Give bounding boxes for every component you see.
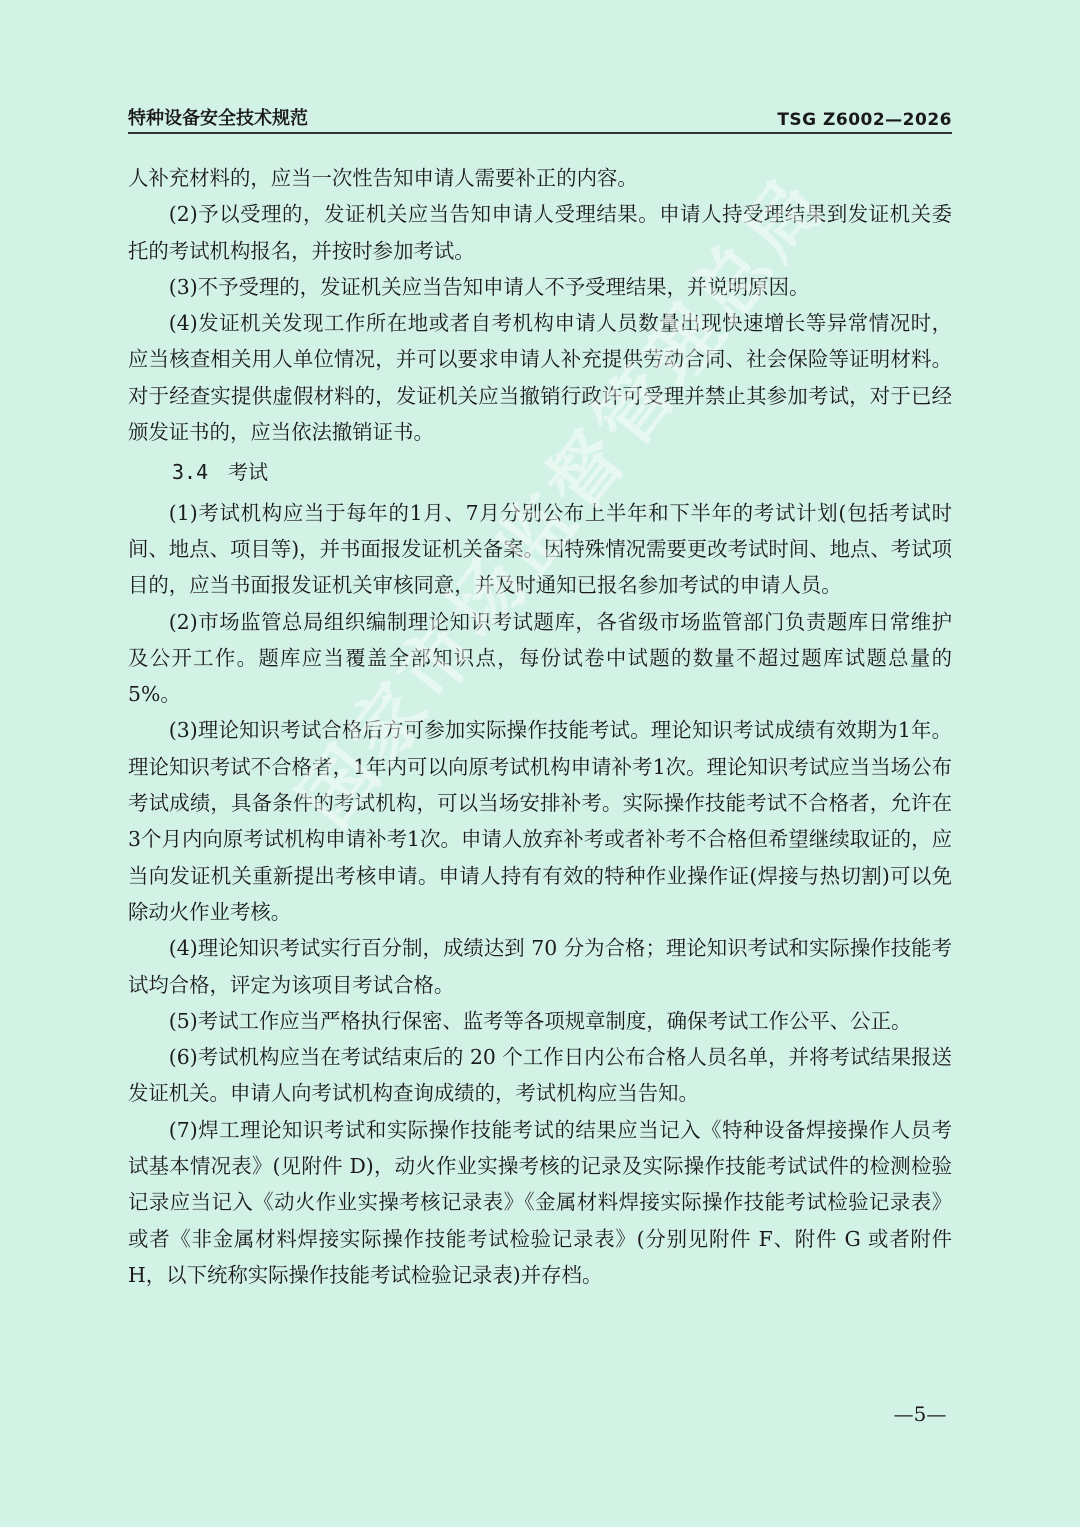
paragraph-acceptance-item-2: (2)予以受理的，发证机关应当告知申请人受理结果。申请人持受理结果到发证机关委托… [128, 196, 952, 269]
paragraph-acceptance-item-3: (3)不予受理的，发证机关应当告知申请人不予受理结果，并说明原因。 [128, 269, 952, 305]
paragraph-exam-item-7: (7)焊工理论知识考试和实际操作技能考试的结果应当记入《特种设备焊接操作人员考试… [128, 1112, 952, 1293]
paragraph-continuation: 人补充材料的，应当一次性告知申请人需要补正的内容。 [128, 160, 952, 196]
paragraph-exam-item-4: (4)理论知识考试实行百分制，成绩达到 70 分为合格；理论知识考试和实际操作技… [128, 930, 952, 1003]
section-title: 考试 [228, 460, 268, 484]
paragraph-exam-item-6: (6)考试机构应当在考试结束后的 20 个工作日内公布合格人员名单，并将考试结果… [128, 1039, 952, 1112]
section-heading-3-4: 3.4考试 [128, 454, 952, 490]
header-standard-code: TSG Z6002—2026 [777, 110, 952, 130]
paragraph-acceptance-item-4: (4)发证机关发现工作所在地或者自考机构申请人员数量出现快速增长等异常情况时，应… [128, 305, 952, 450]
running-header: 特种设备安全技术规范 TSG Z6002—2026 [128, 100, 952, 134]
paragraph-exam-item-1: (1)考试机构应当于每年的1月、7月分别公布上半年和下半年的考试计划(包括考试时… [128, 495, 952, 604]
section-number: 3.4 [172, 460, 208, 484]
page-number: —5— [880, 1402, 960, 1426]
page-body: 人补充材料的，应当一次性告知申请人需要补正的内容。 (2)予以受理的，发证机关应… [128, 160, 952, 1293]
paragraph-exam-item-5: (5)考试工作应当严格执行保密、监考等各项规章制度，确保考试工作公平、公正。 [128, 1003, 952, 1039]
paragraph-exam-item-3: (3)理论知识考试合格后方可参加实际操作技能考试。理论知识考试成绩有效期为1年。… [128, 712, 952, 930]
header-document-series: 特种设备安全技术规范 [128, 104, 308, 130]
paragraph-exam-item-2: (2)市场监管总局组织编制理论知识考试题库，各省级市场监管部门负责题库日常维护及… [128, 604, 952, 713]
